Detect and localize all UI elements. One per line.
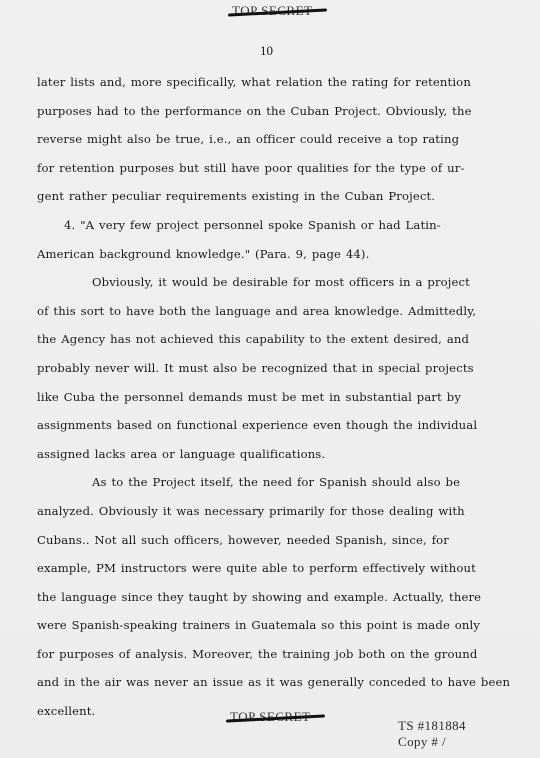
text-line: Obviously, it would be desirable for mos… xyxy=(37,268,517,297)
text-line: analyzed. Obviously it was necessary pri… xyxy=(37,497,517,526)
text-line: for purposes of analysis. Moreover, the … xyxy=(37,640,517,669)
text-line: As to the Project itself, the need for S… xyxy=(37,468,517,497)
text-line: later lists and, more specifically, what… xyxy=(37,68,517,97)
text-line: like Cuba the personnel demands must be … xyxy=(37,383,517,412)
text-line: assigned lacks area or language qualific… xyxy=(37,440,517,469)
body-text: later lists and, more specifically, what… xyxy=(37,68,517,726)
text-line: for retention purposes but still have po… xyxy=(37,154,517,183)
text-line: reverse might also be true, i.e., an off… xyxy=(37,125,517,154)
text-line: example, PM instructors were quite able … xyxy=(37,554,517,583)
text-line: the Agency has not achieved this capabil… xyxy=(37,325,517,354)
header-classification-marking: TOP SECRET xyxy=(232,3,313,19)
text-line: American background knowledge." (Para. 9… xyxy=(37,240,517,269)
text-line: probably never will. It must also be rec… xyxy=(37,354,517,383)
text-line: purposes had to the performance on the C… xyxy=(37,97,517,126)
document-control-block: TS #181884 Copy # / xyxy=(398,718,466,750)
text-line: gent rather peculiar requirements existi… xyxy=(37,182,517,211)
text-line: the language since they taught by showin… xyxy=(37,583,517,612)
copy-number: Copy # / xyxy=(398,734,466,750)
text-line: and in the air was never an issue as it … xyxy=(37,668,517,697)
text-line: Cubans.. Not all such officers, however,… xyxy=(37,526,517,555)
text-line: of this sort to have both the language a… xyxy=(37,297,517,326)
document-page: TOP SECRET 10 later lists and, more spec… xyxy=(0,0,540,758)
page-number: 10 xyxy=(260,43,273,59)
text-line: assignments based on functional experien… xyxy=(37,411,517,440)
control-number: TS #181884 xyxy=(398,718,466,734)
footer-classification-marking: TOP SECRET xyxy=(230,709,311,725)
text-line: 4. "A very few project personnel spoke S… xyxy=(37,211,517,240)
text-line: were Spanish-speaking trainers in Guatem… xyxy=(37,611,517,640)
